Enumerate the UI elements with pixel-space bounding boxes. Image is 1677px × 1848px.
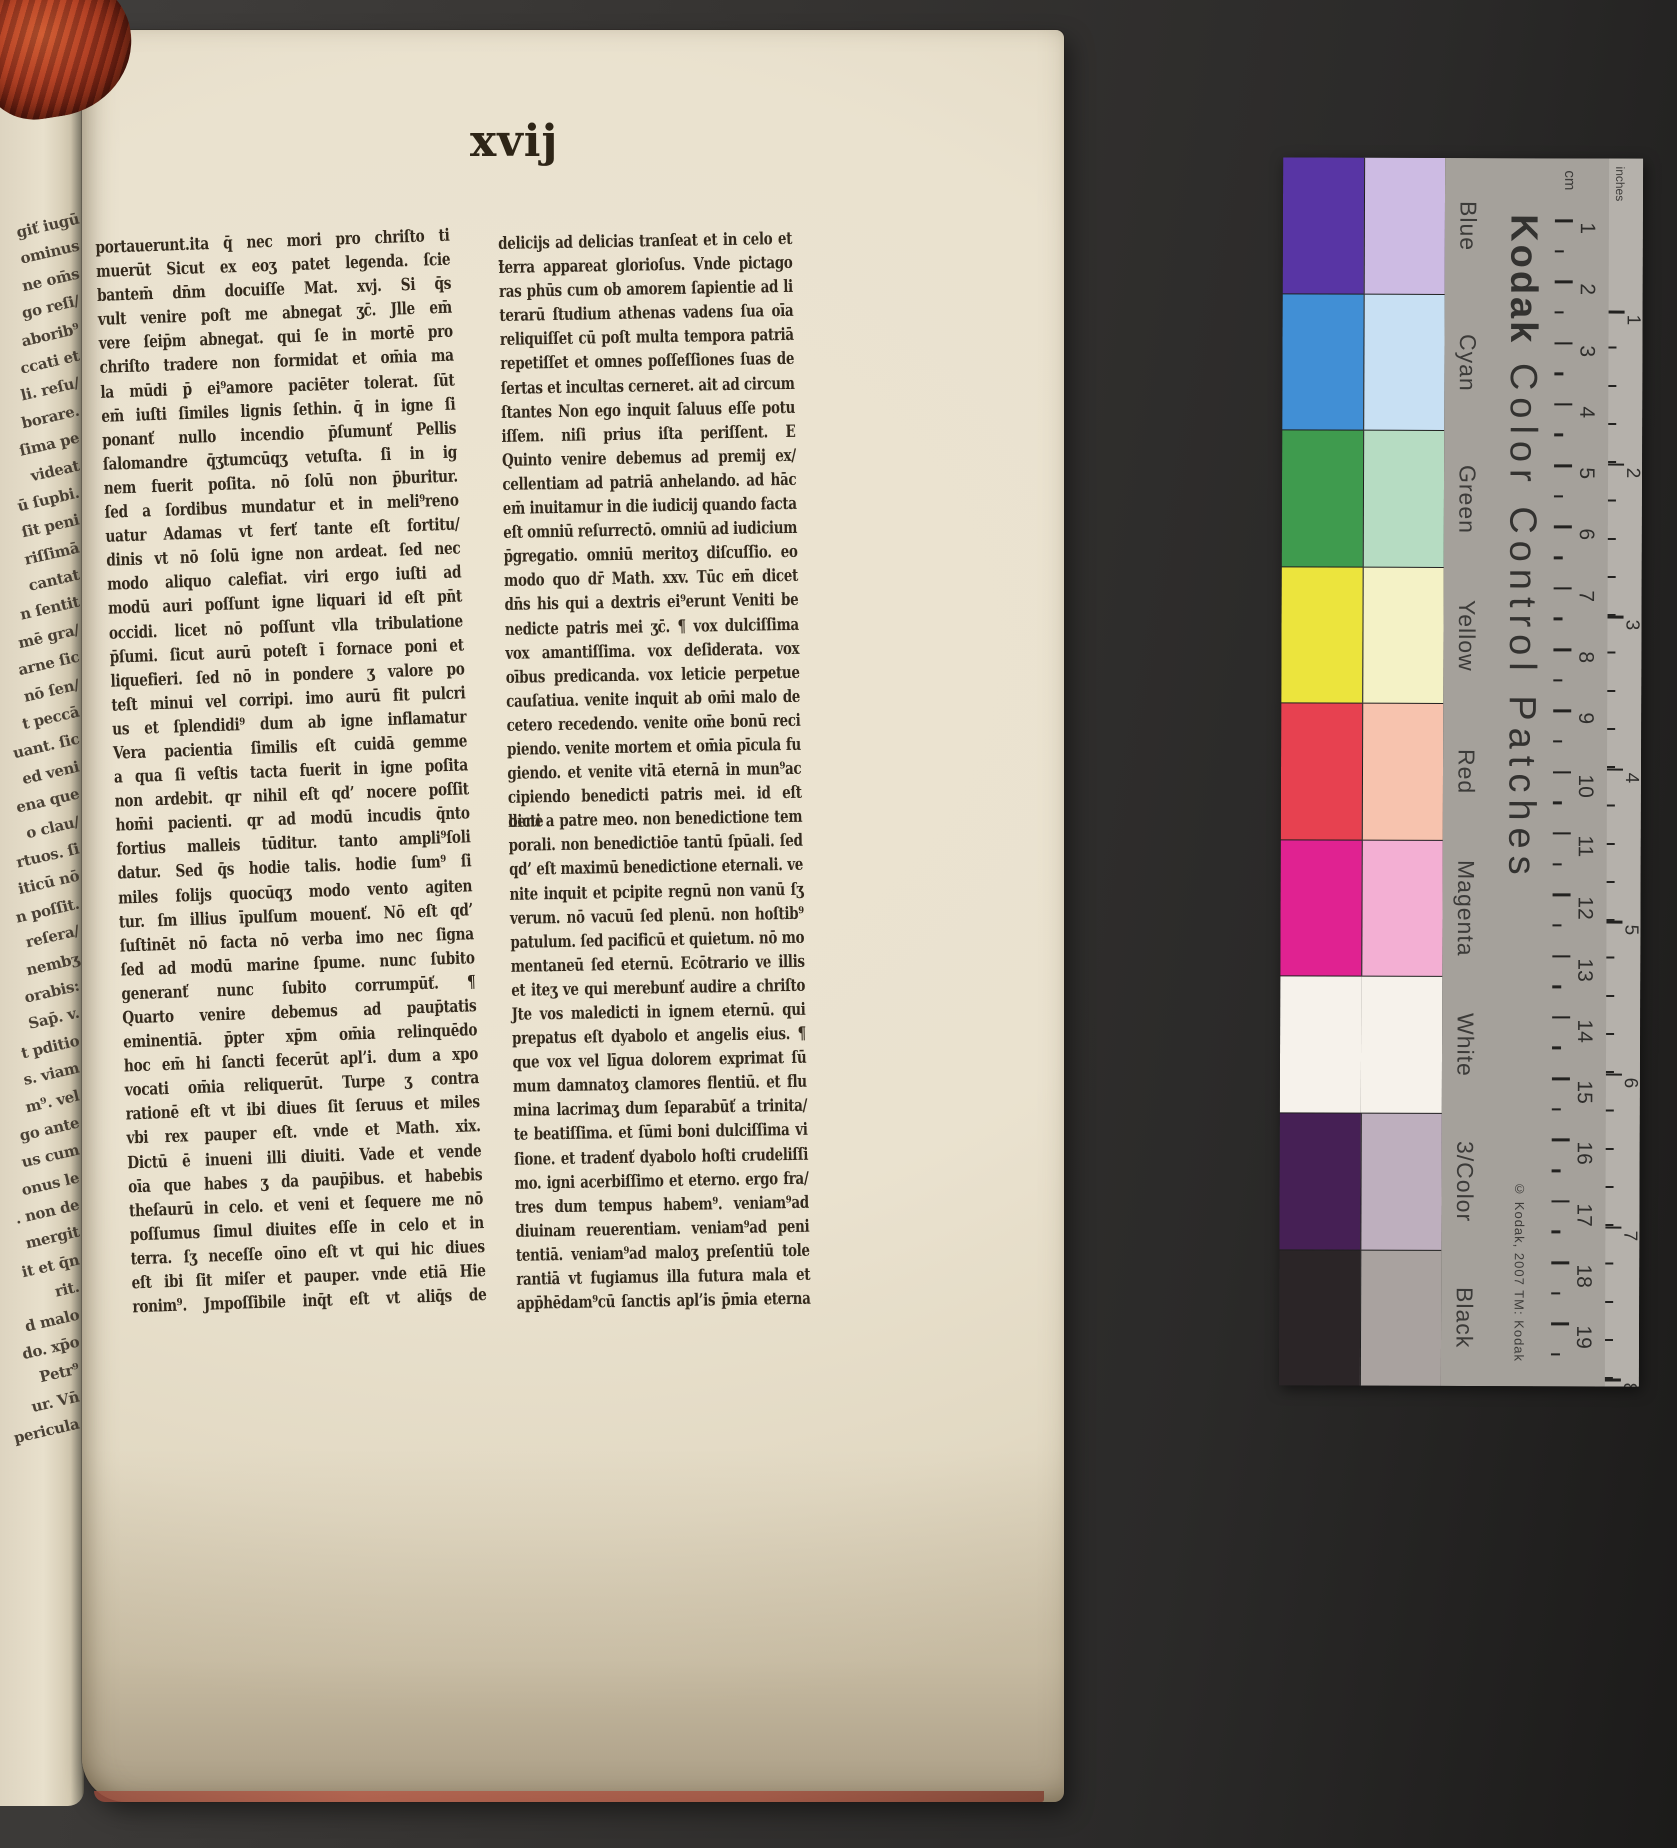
inch-number: 6 xyxy=(1619,1078,1641,1089)
ruler-tick-major xyxy=(1551,1261,1569,1264)
cm-ruler: cm 1 2 xyxy=(1551,158,1609,1386)
cm-number: 12 xyxy=(1572,897,1596,920)
color-patch-row xyxy=(1279,1113,1441,1250)
inch-ruler: inches 1 2 xyxy=(1605,159,1643,1387)
patch-label: Cyan xyxy=(1454,334,1481,392)
inch-number: 8 xyxy=(1618,1383,1640,1387)
color-patch-row xyxy=(1282,294,1444,431)
ruler-tick-major xyxy=(1554,587,1572,590)
ruler-tick-major xyxy=(1552,955,1570,958)
cm-number: 13 xyxy=(1572,958,1596,981)
cm-ruler-cell: 17 xyxy=(1551,1200,1605,1261)
inch-ruler-cell: 7 xyxy=(1605,1226,1640,1379)
inch-number: 7 xyxy=(1618,1230,1640,1241)
ruler-tick-major xyxy=(1553,832,1571,835)
color-patch xyxy=(1282,294,1363,430)
ruler-tick-major xyxy=(1552,1016,1570,1019)
ruler-tick-major xyxy=(1555,281,1573,284)
cm-number: 8 xyxy=(1573,651,1597,663)
ruler-tick-minor xyxy=(1551,1292,1560,1295)
ruler-tick-major xyxy=(1553,894,1571,897)
ruler-tick-minor xyxy=(1554,434,1563,437)
cm-number: 10 xyxy=(1573,774,1597,797)
patch-label-cell: Black xyxy=(1441,1249,1487,1386)
patch-label: Green xyxy=(1453,465,1480,534)
inch-ruler-cell: 5 xyxy=(1606,921,1641,1074)
facing-page-edge: giť iugū ominus ne om̄s go reſi/ aborib⁹… xyxy=(0,34,84,1806)
ruler-tick-major xyxy=(1554,403,1572,406)
kodak-brand-text: Kodak Color Control Patches xyxy=(1499,214,1544,882)
cm-ruler-cell: 12 xyxy=(1552,894,1606,955)
patch-label: Blue xyxy=(1454,201,1481,251)
patch-label: Red xyxy=(1452,749,1479,794)
ruler-tick-minor xyxy=(1552,1047,1561,1050)
patch-label-cell: Blue xyxy=(1445,158,1491,295)
chart-label-strip: Blue Cyan Green Yellow Red xyxy=(1441,158,1643,1387)
patch-label: Yellow xyxy=(1453,600,1480,672)
cm-number: 2 xyxy=(1575,284,1599,296)
cm-number: 16 xyxy=(1572,1142,1596,1165)
patch-label-cell: 3/Color xyxy=(1441,1113,1487,1250)
cm-number: 4 xyxy=(1574,406,1598,418)
color-patch-row xyxy=(1283,157,1445,294)
cm-ruler-scale: 1 2 3 xyxy=(1551,158,1609,1386)
ruler-tick-minor xyxy=(1554,618,1563,621)
ruler-tick-minor xyxy=(1552,924,1561,927)
color-patch-pale xyxy=(1363,294,1445,430)
cm-ruler-cell: 5 xyxy=(1554,465,1608,526)
ruler-tick-minor xyxy=(1555,250,1564,253)
inch-ruler-cell: 6 xyxy=(1605,1073,1640,1226)
ruler-tick-minor xyxy=(1555,311,1564,314)
color-patch xyxy=(1281,704,1362,840)
inch-number: 4 xyxy=(1620,772,1642,783)
ruler-tick-minor xyxy=(1554,373,1563,376)
ruler-tick-major xyxy=(1608,616,1624,619)
inch-ruler-cell: 3 xyxy=(1607,616,1642,769)
cm-ruler-cell: 18 xyxy=(1551,1261,1605,1322)
cm-ruler-cell: 11 xyxy=(1553,832,1607,893)
color-patch-row xyxy=(1280,840,1442,977)
cm-number: 18 xyxy=(1571,1264,1595,1287)
color-patch-pale xyxy=(1362,567,1444,703)
inch-ruler-cell: 4 xyxy=(1606,768,1641,921)
cm-number: 19 xyxy=(1571,1326,1595,1349)
cm-ruler-cell: 15 xyxy=(1552,1077,1606,1138)
ruler-tick-minor xyxy=(1552,1169,1561,1172)
cm-number: 17 xyxy=(1571,1203,1595,1226)
color-patch xyxy=(1279,1113,1360,1249)
inch-ruler-cell: 2 xyxy=(1608,463,1643,616)
ruler-tick-major xyxy=(1552,1077,1570,1080)
ruler-tick-minor xyxy=(1552,985,1561,988)
ruler-tick-minor xyxy=(1553,679,1562,682)
color-patch-pale xyxy=(1360,977,1442,1113)
inch-ruler-cell: 8 xyxy=(1604,1379,1639,1387)
cm-ruler-cell: 19 xyxy=(1551,1323,1605,1384)
ruler-tick-minor xyxy=(1551,1353,1560,1356)
ruler-tick-major xyxy=(1609,311,1625,314)
ruler-tick-minor xyxy=(1553,863,1562,866)
ruler-tick-major xyxy=(1555,219,1573,222)
patch-label: Magenta xyxy=(1452,860,1479,957)
cm-ruler-cell: 13 xyxy=(1552,955,1606,1016)
color-patch-pale xyxy=(1363,158,1445,294)
color-patch xyxy=(1281,567,1362,703)
cm-ruler-cell: 4 xyxy=(1554,403,1608,464)
patch-label-cell: Green xyxy=(1444,431,1490,568)
chart-brand-column: Kodak Color Control Patches © Kodak, 200… xyxy=(1487,158,1555,1386)
brand-suffix-text: Color Control Patches xyxy=(1500,345,1544,881)
cm-number: 9 xyxy=(1573,713,1597,725)
ruler-tick-major xyxy=(1607,768,1623,771)
cm-number: 7 xyxy=(1574,590,1598,602)
book-page: xvij portauerunt.ita q̄ nec mori pro chr… xyxy=(82,30,1064,1802)
ruler-tick-major xyxy=(1605,1379,1621,1382)
photograph-stage: giť iugū ominus ne om̄s go reſi/ aborib⁹… xyxy=(0,0,1677,1848)
cm-number: 6 xyxy=(1574,529,1598,541)
text-column-left: portauerunt.ita q̄ nec mori pro chriſto … xyxy=(95,224,487,1320)
color-patch xyxy=(1280,977,1361,1113)
chart-copyright: © Kodak, 2007 TM: Kodak xyxy=(1511,1181,1527,1362)
cm-ruler-cell: 1 xyxy=(1555,219,1609,280)
patch-label-cell: White xyxy=(1442,977,1488,1114)
color-patch xyxy=(1280,840,1361,976)
ruler-tick-major xyxy=(1551,1323,1569,1326)
inch-number: 3 xyxy=(1620,620,1642,631)
patch-label-cell: Yellow xyxy=(1443,567,1489,704)
ruler-tick-major xyxy=(1606,1073,1622,1076)
inch-number: 1 xyxy=(1622,315,1644,326)
patch-label-cell: Red xyxy=(1443,704,1489,841)
ruler-tick-major xyxy=(1554,342,1572,345)
color-patch-row xyxy=(1280,977,1442,1114)
ruler-tick-major xyxy=(1606,921,1622,924)
cm-ruler-cell: 8 xyxy=(1553,648,1607,709)
color-patch-row xyxy=(1279,1250,1441,1386)
color-patch-grid xyxy=(1279,157,1445,1386)
cm-ruler-cell: 7 xyxy=(1553,587,1607,648)
cm-number: 1 xyxy=(1575,222,1599,234)
color-patch-pale xyxy=(1361,704,1443,840)
color-patch xyxy=(1282,430,1363,566)
cm-ruler-cell: 3 xyxy=(1554,342,1608,403)
ruler-tick-major xyxy=(1554,465,1572,468)
facing-page-text-fragments: giť iugū ominus ne om̄s go reſi/ aborib⁹… xyxy=(0,218,84,1451)
text-line: app̄hēdam⁹cū ſanctis apl’is p̄mia eterna xyxy=(517,1287,811,1316)
ruler-tick-major xyxy=(1553,771,1571,774)
cm-number: 15 xyxy=(1572,1081,1596,1104)
color-patch-row xyxy=(1282,430,1444,567)
patch-label-cell: Cyan xyxy=(1444,294,1490,431)
ruler-tick-major xyxy=(1553,710,1571,713)
color-patch-pale xyxy=(1361,840,1443,976)
ruler-tick-minor xyxy=(1554,556,1563,559)
color-patch-pale xyxy=(1360,1114,1442,1250)
ruler-tick-major xyxy=(1608,463,1624,466)
cm-number: 11 xyxy=(1573,835,1597,857)
patch-labels: Blue Cyan Green Yellow Red xyxy=(1441,158,1491,1386)
cm-number: 5 xyxy=(1574,468,1598,480)
cm-ruler-cell: 14 xyxy=(1552,1016,1606,1077)
color-patch xyxy=(1283,157,1364,293)
inch-number: 2 xyxy=(1621,467,1643,478)
color-patch-row xyxy=(1281,704,1443,841)
inch-ruler-cell: 1 xyxy=(1608,311,1643,464)
kodak-logo-text: Kodak xyxy=(1502,214,1544,345)
cm-ruler-cell: 9 xyxy=(1553,710,1607,771)
cm-ruler-cell: 10 xyxy=(1553,771,1607,832)
red-fore-edge xyxy=(94,1791,1044,1802)
ruler-tick-minor xyxy=(1554,495,1563,498)
inch-ruler-scale: 1 2 3 xyxy=(1605,159,1643,1387)
patch-label: White xyxy=(1451,1013,1478,1077)
color-patch xyxy=(1279,1250,1360,1386)
ruler-tick-major xyxy=(1551,1200,1569,1203)
cm-number: 14 xyxy=(1572,1019,1596,1042)
ruler-tick-major xyxy=(1554,526,1572,529)
ruler-tick-minor xyxy=(1553,802,1562,805)
color-patch-pale xyxy=(1359,1250,1441,1386)
ruler-tick-major xyxy=(1553,648,1571,651)
cm-ruler-cell: 6 xyxy=(1554,526,1608,587)
inch-number: 5 xyxy=(1619,925,1641,936)
folio-number: xvij xyxy=(470,116,558,167)
cm-number: 3 xyxy=(1574,345,1598,357)
patch-label: 3/Color xyxy=(1451,1141,1478,1222)
cm-ruler-cell: 16 xyxy=(1552,1139,1606,1200)
ruler-tick-minor xyxy=(1552,1108,1561,1111)
ruler-tick-minor xyxy=(1553,740,1562,743)
cm-ruler-cell: 2 xyxy=(1555,281,1609,342)
color-patch-pale xyxy=(1362,431,1444,567)
text-column-right: delicijs ad delicias tranſeat et in celo… xyxy=(498,227,811,1316)
ruler-tick-major xyxy=(1552,1139,1570,1142)
patch-label: Black xyxy=(1450,1287,1477,1348)
ruler-tick-major xyxy=(1605,1226,1621,1229)
ruler-tick-minor xyxy=(1551,1231,1560,1234)
kodak-color-chart: Blue Cyan Green Yellow Red xyxy=(1279,157,1643,1386)
color-patch-row xyxy=(1281,567,1443,704)
patch-label-cell: Magenta xyxy=(1442,840,1488,977)
